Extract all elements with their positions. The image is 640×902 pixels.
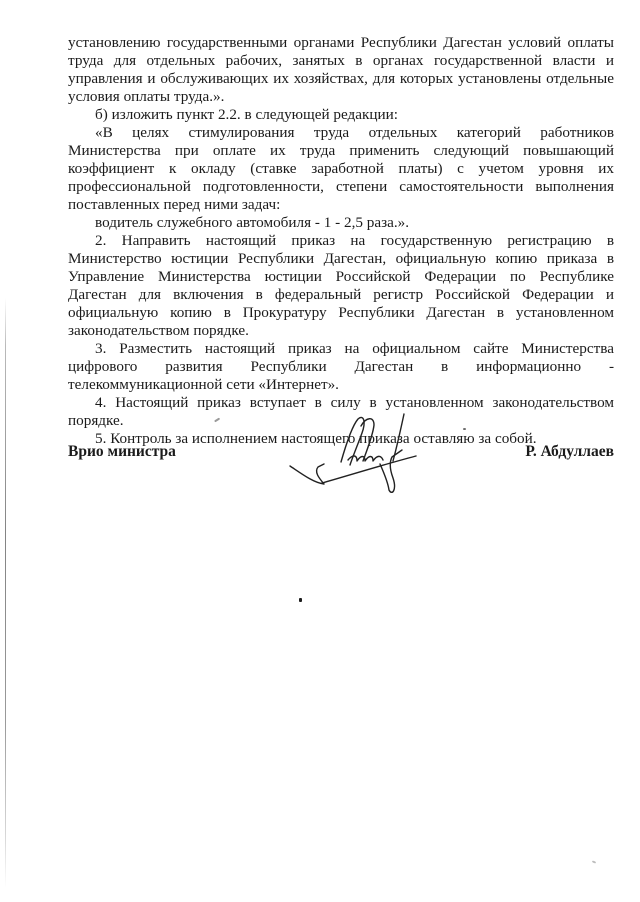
paragraph-subitem-b: б) изложить пункт 2.2. в следующей редак… [68, 106, 614, 124]
signer-name: Р. Абдуллаев [525, 443, 614, 461]
handwritten-signature-icon [278, 408, 446, 504]
scan-speck [351, 113, 353, 115]
scan-speck [592, 860, 596, 863]
scan-edge-line [5, 298, 6, 888]
paragraph-quote-2-2: «В целях стимулирования труда отдельных … [68, 124, 614, 214]
signer-title: Врио министра [68, 443, 176, 461]
scan-speck [546, 41, 548, 43]
scan-speck [463, 428, 466, 430]
paragraph-item-3: 3. Разместить настоящий приказ на официа… [68, 340, 614, 394]
scan-speck [299, 598, 302, 602]
document-body: установлению государственными органами Р… [68, 34, 614, 448]
scanned-document-page: установлению государственными органами Р… [0, 0, 640, 902]
paragraph-driver-coefficient: водитель служебного автомобиля - 1 - 2,5… [68, 214, 614, 232]
paragraph-continuation: установлению государственными органами Р… [68, 34, 614, 106]
paragraph-item-2: 2. Направить настоящий приказ на государ… [68, 232, 614, 340]
